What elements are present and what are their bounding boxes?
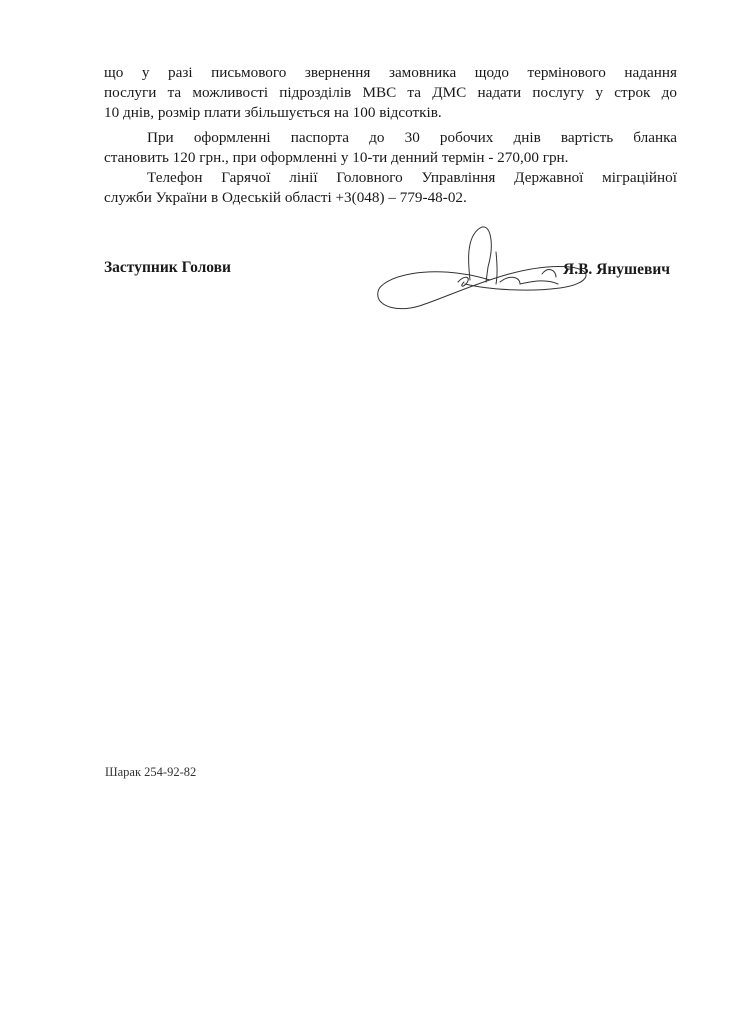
paragraph-hotline: Телефон Гарячої лінії Головного Управлін… <box>104 168 677 208</box>
paragraph-passport-cost: При оформленні паспорта до 30 робочих дн… <box>104 128 677 168</box>
text-line: послуги та можливості підрозділів МВС та… <box>104 83 677 103</box>
text-line: Телефон Гарячої лінії Головного Управлін… <box>104 168 677 188</box>
paragraph-urgent-fee: що у разі письмового звернення замовника… <box>104 63 677 123</box>
text-line: При оформленні паспорта до 30 робочих дн… <box>104 128 677 148</box>
text-line: служби України в Одеській області +3(048… <box>104 188 677 208</box>
text-line: що у разі письмового звернення замовника… <box>104 63 677 83</box>
signatory-title: Заступник Голови <box>104 259 231 277</box>
text-line: 10 днів, розмір плати збільшується на 10… <box>104 103 677 123</box>
text-line: становить 120 грн., при оформленні у 10-… <box>104 148 677 168</box>
executor-contact-note: Шарак 254-92-82 <box>105 765 196 780</box>
signatory-name: Я.В. Янушевич <box>563 261 670 279</box>
